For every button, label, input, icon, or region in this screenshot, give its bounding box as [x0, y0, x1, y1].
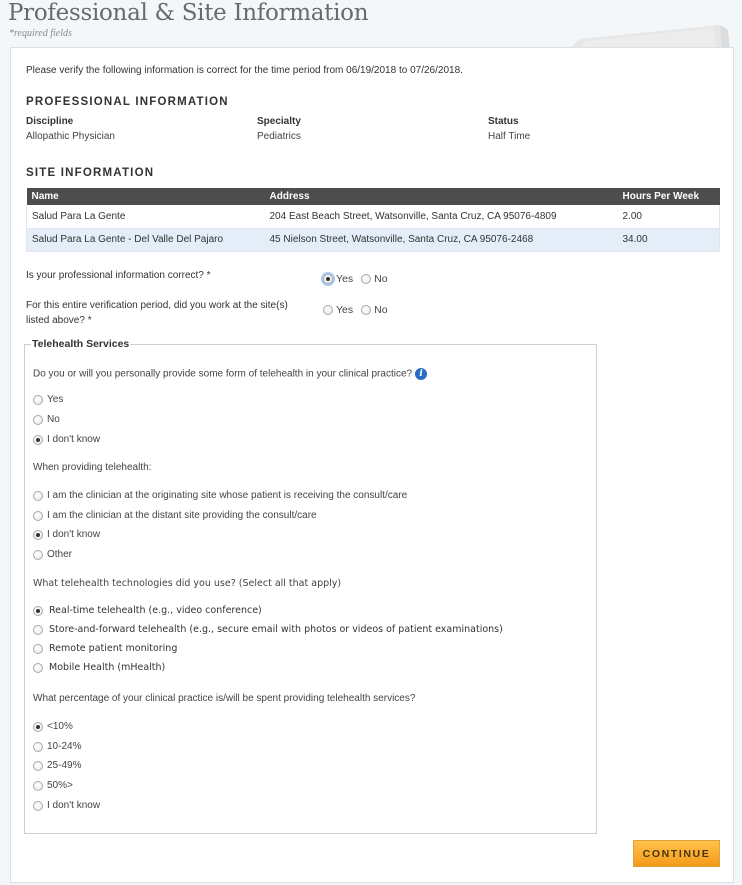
- status-label: Status: [488, 116, 530, 127]
- technology-option-store-forward[interactable]: Store-and-forward telehealth (e.g., secu…: [33, 624, 503, 635]
- intro-text: Please verify the following information …: [26, 65, 463, 76]
- role-option-dont-know[interactable]: I don't know: [33, 529, 100, 540]
- telehealth-percentage-question: What percentage of your clinical practic…: [33, 693, 415, 704]
- option-label: Other: [47, 549, 72, 560]
- sites-table: Name Address Hours Per Week Salud Para L…: [26, 188, 720, 252]
- question-line-2: listed above? *: [26, 313, 288, 328]
- option-label: No: [47, 414, 60, 425]
- radio-icon[interactable]: [33, 781, 43, 791]
- professional-correct-yes[interactable]: Yes: [323, 273, 353, 285]
- radio-icon[interactable]: [33, 491, 43, 501]
- option-label: Store-and-forward telehealth (e.g., secu…: [49, 624, 503, 635]
- option-label: 10-24%: [47, 741, 81, 752]
- option-label: I don't know: [47, 434, 100, 445]
- required-fields-note: *required fields: [9, 28, 72, 39]
- radio-icon[interactable]: [361, 274, 371, 284]
- percentage-option-10-24[interactable]: 10-24%: [33, 741, 81, 752]
- radio-checked-icon[interactable]: [323, 274, 333, 284]
- option-label: No: [374, 304, 387, 316]
- percentage-option-25-49[interactable]: 25-49%: [33, 760, 81, 771]
- option-label: No: [374, 273, 387, 285]
- radio-icon[interactable]: [33, 550, 43, 560]
- question-text: Do you or will you personally provide so…: [33, 369, 412, 380]
- option-label: I don't know: [47, 800, 100, 811]
- radio-icon[interactable]: [33, 801, 43, 811]
- option-label: I don't know: [47, 529, 100, 540]
- professional-correct-options: Yes No: [323, 273, 388, 285]
- radio-icon[interactable]: [33, 663, 43, 673]
- percentage-option-50plus[interactable]: 50%>: [33, 780, 73, 791]
- percentage-option-dont-know[interactable]: I don't know: [33, 800, 100, 811]
- radio-icon[interactable]: [33, 511, 43, 521]
- technology-option-remote-monitoring[interactable]: Remote patient monitoring: [33, 643, 177, 654]
- technology-option-realtime[interactable]: Real-time telehealth (e.g., video confer…: [33, 605, 262, 616]
- continue-button[interactable]: CONTINUE: [633, 840, 720, 867]
- professional-correct-no[interactable]: No: [361, 273, 387, 285]
- site-hours: 34.00: [618, 228, 720, 251]
- status-field: Status Half Time: [488, 116, 530, 142]
- specialty-field: Specialty Pediatrics: [257, 116, 301, 142]
- radio-icon[interactable]: [33, 761, 43, 771]
- column-header-hours: Hours Per Week: [618, 188, 720, 205]
- site-section-title: SITE INFORMATION: [26, 167, 154, 179]
- role-option-originating[interactable]: I am the clinician at the originating si…: [33, 490, 407, 501]
- page-title: Professional & Site Information: [8, 0, 368, 26]
- telehealth-services-fieldset: Telehealth Services Do you or will you p…: [24, 338, 597, 834]
- option-label: Mobile Health (mHealth): [49, 662, 165, 673]
- paper-stack-decoration: [570, 22, 730, 48]
- radio-icon[interactable]: [33, 395, 43, 405]
- discipline-value: Allopathic Physician: [26, 131, 115, 142]
- role-option-other[interactable]: Other: [33, 549, 72, 560]
- radio-icon[interactable]: [323, 305, 333, 315]
- option-label: Yes: [47, 394, 63, 405]
- professional-correct-question: Is your professional information correct…: [26, 268, 211, 283]
- radio-checked-icon[interactable]: [33, 530, 43, 540]
- professional-section-title: PROFESSIONAL INFORMATION: [26, 96, 229, 108]
- option-label: <10%: [47, 721, 73, 732]
- site-name: Salud Para La Gente - Del Valle Del Paja…: [27, 228, 265, 251]
- radio-icon[interactable]: [33, 625, 43, 635]
- column-header-name: Name: [27, 188, 265, 205]
- worked-at-sites-yes[interactable]: Yes: [323, 304, 353, 316]
- option-label: Remote patient monitoring: [49, 643, 177, 654]
- site-name: Salud Para La Gente: [27, 205, 265, 228]
- option-label: Real-time telehealth (e.g., video confer…: [49, 605, 262, 616]
- option-label: I am the clinician at the originating si…: [47, 490, 407, 501]
- telehealth-role-question: When providing telehealth:: [33, 462, 151, 473]
- option-label: I am the clinician at the distant site p…: [47, 510, 317, 521]
- table-row: Salud Para La Gente - Del Valle Del Paja…: [27, 228, 720, 251]
- provide-option-dont-know[interactable]: I don't know: [33, 434, 100, 445]
- worked-at-sites-no[interactable]: No: [361, 304, 387, 316]
- option-label: Yes: [336, 304, 353, 316]
- table-header-row: Name Address Hours Per Week: [27, 188, 720, 205]
- option-label: 50%>: [47, 780, 73, 791]
- discipline-field: Discipline Allopathic Physician: [26, 116, 115, 142]
- radio-icon[interactable]: [33, 644, 43, 654]
- discipline-label: Discipline: [26, 116, 115, 127]
- worked-at-sites-question: For this entire verification period, did…: [26, 298, 288, 328]
- telehealth-legend: Telehealth Services: [31, 338, 130, 350]
- radio-icon[interactable]: [33, 415, 43, 425]
- technology-option-mhealth[interactable]: Mobile Health (mHealth): [33, 662, 165, 673]
- radio-icon[interactable]: [361, 305, 371, 315]
- telehealth-technologies-question: What telehealth technologies did you use…: [33, 578, 341, 589]
- worked-at-sites-options: Yes No: [323, 304, 388, 316]
- radio-icon[interactable]: [33, 742, 43, 752]
- info-icon[interactable]: i: [415, 368, 427, 380]
- role-option-distant[interactable]: I am the clinician at the distant site p…: [33, 510, 317, 521]
- status-value: Half Time: [488, 131, 530, 142]
- site-address: 45 Nielson Street, Watsonville, Santa Cr…: [265, 228, 618, 251]
- provide-option-no[interactable]: No: [33, 414, 60, 425]
- telehealth-provide-question: Do you or will you personally provide so…: [33, 368, 427, 380]
- question-line-1: For this entire verification period, did…: [26, 298, 288, 313]
- percentage-option-lt10[interactable]: <10%: [33, 721, 73, 732]
- table-row: Salud Para La Gente 204 East Beach Stree…: [27, 205, 720, 228]
- option-label: 25-49%: [47, 760, 81, 771]
- option-label: Yes: [336, 273, 353, 285]
- specialty-label: Specialty: [257, 116, 301, 127]
- verification-card: Please verify the following information …: [10, 47, 734, 883]
- radio-checked-icon[interactable]: [33, 722, 43, 732]
- column-header-address: Address: [265, 188, 618, 205]
- specialty-value: Pediatrics: [257, 131, 301, 142]
- provide-option-yes[interactable]: Yes: [33, 394, 63, 405]
- radio-checked-icon[interactable]: [33, 606, 43, 616]
- radio-checked-icon[interactable]: [33, 435, 43, 445]
- site-address: 204 East Beach Street, Watsonville, Sant…: [265, 205, 618, 228]
- site-hours: 2.00: [618, 205, 720, 228]
